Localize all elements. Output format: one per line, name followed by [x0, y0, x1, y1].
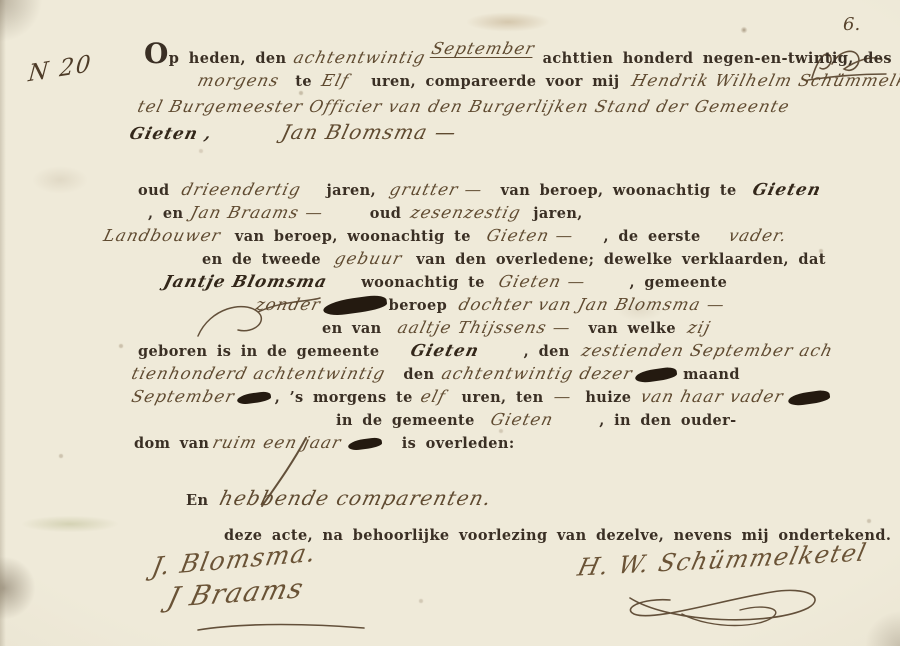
handwritten-text: tel Burgemeester Officier van den Burger…: [135, 95, 792, 118]
handwritten-text: Gieten —: [496, 270, 588, 293]
handwritten-text: Gieten: [488, 408, 556, 431]
printed-text: , gemeente: [630, 274, 728, 291]
ink-blot: [322, 294, 387, 318]
handwritten-text: dochter van Jan Blomsma —: [456, 293, 728, 316]
printed-text: achttien honderd negen-en-twintig, des: [543, 50, 892, 67]
handwritten-text: van haar vader: [639, 385, 787, 408]
handwritten-text: zonder: [253, 293, 323, 316]
printed-text: oud: [138, 182, 170, 199]
printed-text: , in den ouder-: [599, 412, 736, 429]
printed-text: van beroep, woonachtig te: [501, 182, 737, 199]
handwritten-text: achtentwintig dezer: [440, 362, 636, 385]
doc-line: September, ’s morgens teelfuren, ten—hui…: [132, 385, 896, 408]
printed-text: jaren,: [327, 182, 377, 199]
printed-text: is overleden:: [402, 435, 515, 452]
doc-line: tel Burgemeester Officier van den Burger…: [138, 95, 896, 118]
handwritten-text: Gieten: [409, 339, 483, 362]
printed-text: O: [144, 37, 169, 70]
printed-text: , den: [524, 343, 570, 360]
handwritten-text: Gieten —: [484, 224, 576, 247]
handwritten-text: zestienden September ach: [579, 339, 836, 362]
doc-line: morgensteElfuren, compareerde voor mijHe…: [198, 69, 896, 92]
printed-text: huize: [585, 389, 631, 406]
handwritten-text: grutter —: [387, 178, 485, 201]
handwritten-text: elf: [418, 385, 448, 408]
ink-blot: [787, 389, 830, 407]
printed-text: p heden, den: [169, 50, 287, 67]
printed-text: den: [403, 366, 434, 383]
doc-line: tienhonderd achtentwintigdenachtentwinti…: [132, 362, 896, 385]
doc-line: Gieten ,Jan Blomsma —: [130, 121, 896, 144]
handwritten-text: zesenzestig: [408, 201, 524, 224]
handwritten-text: Landbouwer: [101, 224, 224, 247]
printed-text: en van: [322, 320, 382, 337]
printed-text: oud: [370, 205, 402, 222]
printed-text: te: [295, 73, 312, 90]
doc-line: dom vanruim een jaaris overleden:: [134, 431, 896, 454]
document-lines: Op heden, denachtentwintigSeptemberachtt…: [140, 42, 896, 546]
handwritten-text: gebuur: [332, 247, 405, 270]
handwritten-text: September: [129, 385, 237, 408]
printed-text: , ’s morgens te: [275, 389, 413, 406]
handwritten-text: Hendrik Wilhelm Schümmelke: [629, 69, 900, 92]
doc-line: Enhebbende comparenten.: [186, 487, 896, 510]
handwritten-text: Gieten ,: [127, 122, 215, 145]
printed-text: uren, compareerde voor mij: [371, 73, 620, 90]
doc-line: geboren is in de gemeenteGieten, denzest…: [138, 339, 896, 362]
document-scan: N 20 6. Op heden, denachtentwintigSeptem…: [0, 0, 900, 646]
printed-text: , en: [148, 205, 183, 222]
printed-text: beroep: [389, 297, 447, 314]
doc-line: in de gemeenteGieten, in den ouder-: [336, 408, 896, 431]
printed-text: en de tweede: [202, 251, 321, 268]
printed-text: En: [186, 492, 208, 509]
handwritten-text: Jantje Blomsma: [161, 270, 330, 293]
handwritten-text: aaltje Thijssens —: [395, 316, 574, 339]
handwritten-text: hebbende comparenten.: [218, 487, 495, 510]
handwritten-text: ruim een jaar: [211, 431, 345, 454]
folio-number: 6.: [843, 14, 860, 35]
paper-specks: [0, 0, 2, 2]
ink-blot: [236, 390, 271, 405]
handwritten-text: Elf: [319, 69, 352, 92]
doc-line: en de tweedegebuurvan den overledene; de…: [202, 247, 896, 270]
printed-text: van welke: [588, 320, 676, 337]
handwritten-text: Jan Blomsma —: [279, 121, 459, 144]
handwritten-text: achtentwintig: [292, 46, 429, 69]
handwritten-text: vader.: [726, 224, 790, 247]
handwritten-text: morgens: [195, 69, 282, 92]
handwritten-text: Gieten: [750, 178, 824, 201]
doc-line: zonderberoepdochter van Jan Blomsma —: [256, 293, 896, 316]
signature-braams: J Braams: [164, 573, 307, 614]
handwritten-text: drieendertig: [179, 178, 304, 201]
printed-text: van den overledene; dewelke verklaarden,…: [416, 251, 826, 268]
printed-text: geboren is in de gemeente: [138, 343, 379, 360]
printed-text: uren, ten: [462, 389, 544, 406]
handwritten-text: zij: [685, 316, 713, 339]
printed-text: , de eerste: [603, 228, 700, 245]
handwritten-text: —: [551, 385, 574, 408]
handwritten-text: September: [429, 37, 537, 60]
handwritten-text: Jan Braams —: [189, 201, 327, 224]
printed-text: woonachtig te: [361, 274, 485, 291]
doc-line: Landbouwervan beroep, woonachtig teGiete…: [104, 224, 896, 247]
doc-line: ouddrieendertigjaren,grutter —van beroep…: [138, 178, 896, 201]
printed-text: jaren,: [533, 205, 583, 222]
ink-blot: [347, 436, 382, 451]
braams-underline-flourish: [196, 620, 366, 634]
ink-blot: [634, 366, 677, 384]
doc-line: Op heden, denachtentwintigSeptemberachtt…: [144, 42, 896, 65]
printed-text: van beroep, woonachtig te: [235, 228, 471, 245]
printed-text: in de gemeente: [336, 412, 475, 429]
printed-text: dom van: [134, 435, 209, 452]
act-number: N 20: [27, 51, 93, 88]
handwritten-text: tienhonderd achtentwintig: [129, 362, 388, 385]
signature-flourish: [612, 584, 842, 632]
doc-line: en vanaaltje Thijssens —van welkezij: [322, 316, 896, 339]
doc-line: , enJan Braams —oudzesenzestigjaren,: [148, 201, 896, 224]
printed-text: maand: [683, 366, 740, 383]
doc-line: Jantje Blomsmawoonachtig teGieten —, gem…: [164, 270, 896, 293]
